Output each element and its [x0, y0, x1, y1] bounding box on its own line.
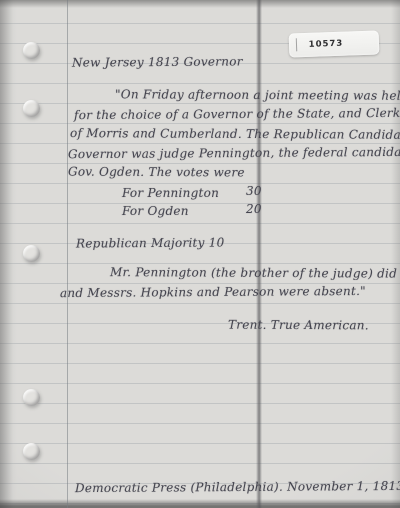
sticker-number: 10573: [309, 39, 344, 50]
paragraph-line: of Morris and Cumberland. The Republican…: [70, 126, 400, 142]
scanned-notebook-page: 10573 New Jersey 1813 Governor "On Frida…: [0, 0, 400, 508]
paragraph-line: "On Friday afternoon a joint meeting was…: [115, 87, 400, 103]
paragraph-line: for the choice of a Governor of the Stat…: [74, 106, 400, 122]
paragraph-line: Gov. Ogden. The votes were: [68, 165, 245, 180]
punch-hole: [23, 389, 40, 406]
vote-count: 30: [246, 184, 262, 198]
margin-line: [67, 0, 68, 508]
punch-hole: [23, 443, 40, 460]
punch-hole: [23, 42, 40, 59]
vote-count: 20: [246, 202, 262, 216]
vote-candidate: For Pennington: [122, 186, 219, 200]
catalog-sticker: 10573: [289, 30, 380, 57]
note-line: and Messrs. Hopkins and Pearson were abs…: [60, 284, 366, 300]
paragraph-line: Governor was judge Pennington, the feder…: [68, 145, 400, 161]
majority-line: Republican Majority 10: [76, 235, 225, 250]
punch-hole: [23, 245, 40, 262]
page-title: New Jersey 1813 Governor: [72, 54, 243, 69]
note-line: Mr. Pennington (the brother of the judge…: [110, 265, 400, 281]
vote-candidate: For Ogden: [122, 204, 189, 218]
source-citation-line: Democratic Press (Philadelphia). Novembe…: [75, 479, 400, 495]
punch-hole: [23, 100, 40, 117]
attribution-line: Trent. True American.: [228, 318, 369, 333]
sticker-tick-mark: [296, 38, 297, 51]
paper-crease: [256, 0, 262, 508]
